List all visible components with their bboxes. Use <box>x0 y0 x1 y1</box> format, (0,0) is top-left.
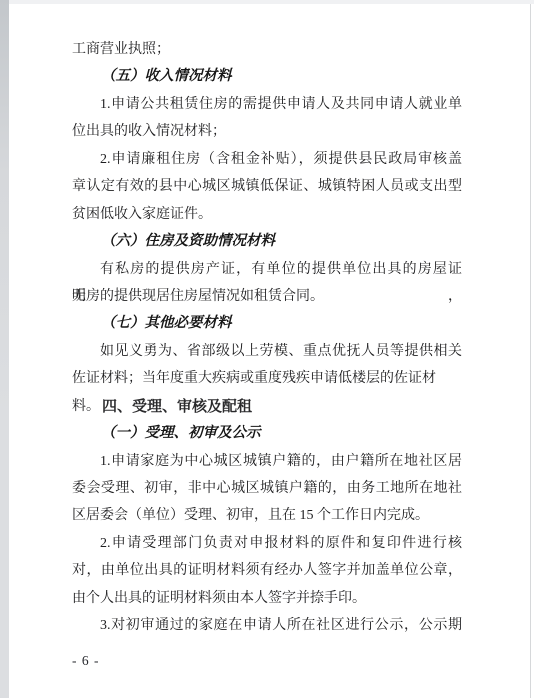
body-line: 1.申请家庭为中心城区城镇户籍的，由户籍所在地社区居 <box>72 448 462 475</box>
page-edge-left-shadow <box>0 0 9 698</box>
document-page: 工商营业执照； （五）收入情况材料 1.申请公共租赁住房的需提供申请人及共同申请… <box>0 0 534 698</box>
body-line: 章认定有效的县中心城区城镇低保证、城镇特困人员或支出型 <box>72 173 462 200</box>
body-line: 有私房的提供房产证，有单位的提供单位出具的房屋证明， <box>72 256 462 283</box>
subsection-heading-6-housing: （六）住房及资助情况材料 <box>72 228 462 255</box>
body-line: 2.申请廉租住房（含租金补贴），须提供县民政局审核盖 <box>72 146 462 173</box>
body-line-continuation: 工商营业执照； <box>72 36 462 63</box>
document-body: 工商营业执照； （五）收入情况材料 1.申请公共租赁住房的需提供申请人及共同申请… <box>72 36 462 640</box>
page-edge-right-border <box>530 4 531 698</box>
body-line: 区居委会（单位）受理、初审，且在 15 个工作日内完成。 <box>72 502 462 529</box>
body-line: 贫困低收入家庭证件。 <box>72 201 462 228</box>
body-line: 如见义勇为、省部级以上劳模、重点优抚人员等提供相关 <box>72 338 462 365</box>
subsection-heading-1-review: （一）受理、初审及公示 <box>72 420 462 447</box>
body-line: 由个人出具的证明材料须由本人签字并捺手印。 <box>72 585 462 612</box>
chapter-heading-4-acceptance: 四、受理、审核及配租 <box>72 393 462 420</box>
body-line: 1.申请公共租赁住房的需提供申请人及共同申请人就业单 <box>72 91 462 118</box>
subsection-heading-7-other: （七）其他必要材料 <box>72 310 462 337</box>
body-line: 佐证材料；当年度重大疾病或重度残疾申请低楼层的佐证材料。 <box>72 365 462 392</box>
body-line: 委会受理、初审，非中心城区城镇户籍的，由务工地所在地社 <box>72 475 462 502</box>
body-line: 3.对初审通过的家庭在申请人所在社区进行公示，公示期 <box>72 612 462 639</box>
body-line: 对，由单位出具的证明材料须有经办人签字并加盖单位公章， <box>72 557 462 584</box>
body-line: 2.申请受理部门负责对申报材料的原件和复印件进行核 <box>72 530 462 557</box>
page-edge-top-shadow <box>9 0 534 4</box>
page-number: - 6 - <box>72 653 100 669</box>
subsection-heading-5-income: （五）收入情况材料 <box>72 63 462 90</box>
body-line: 位出具的收入情况材料； <box>72 118 462 145</box>
